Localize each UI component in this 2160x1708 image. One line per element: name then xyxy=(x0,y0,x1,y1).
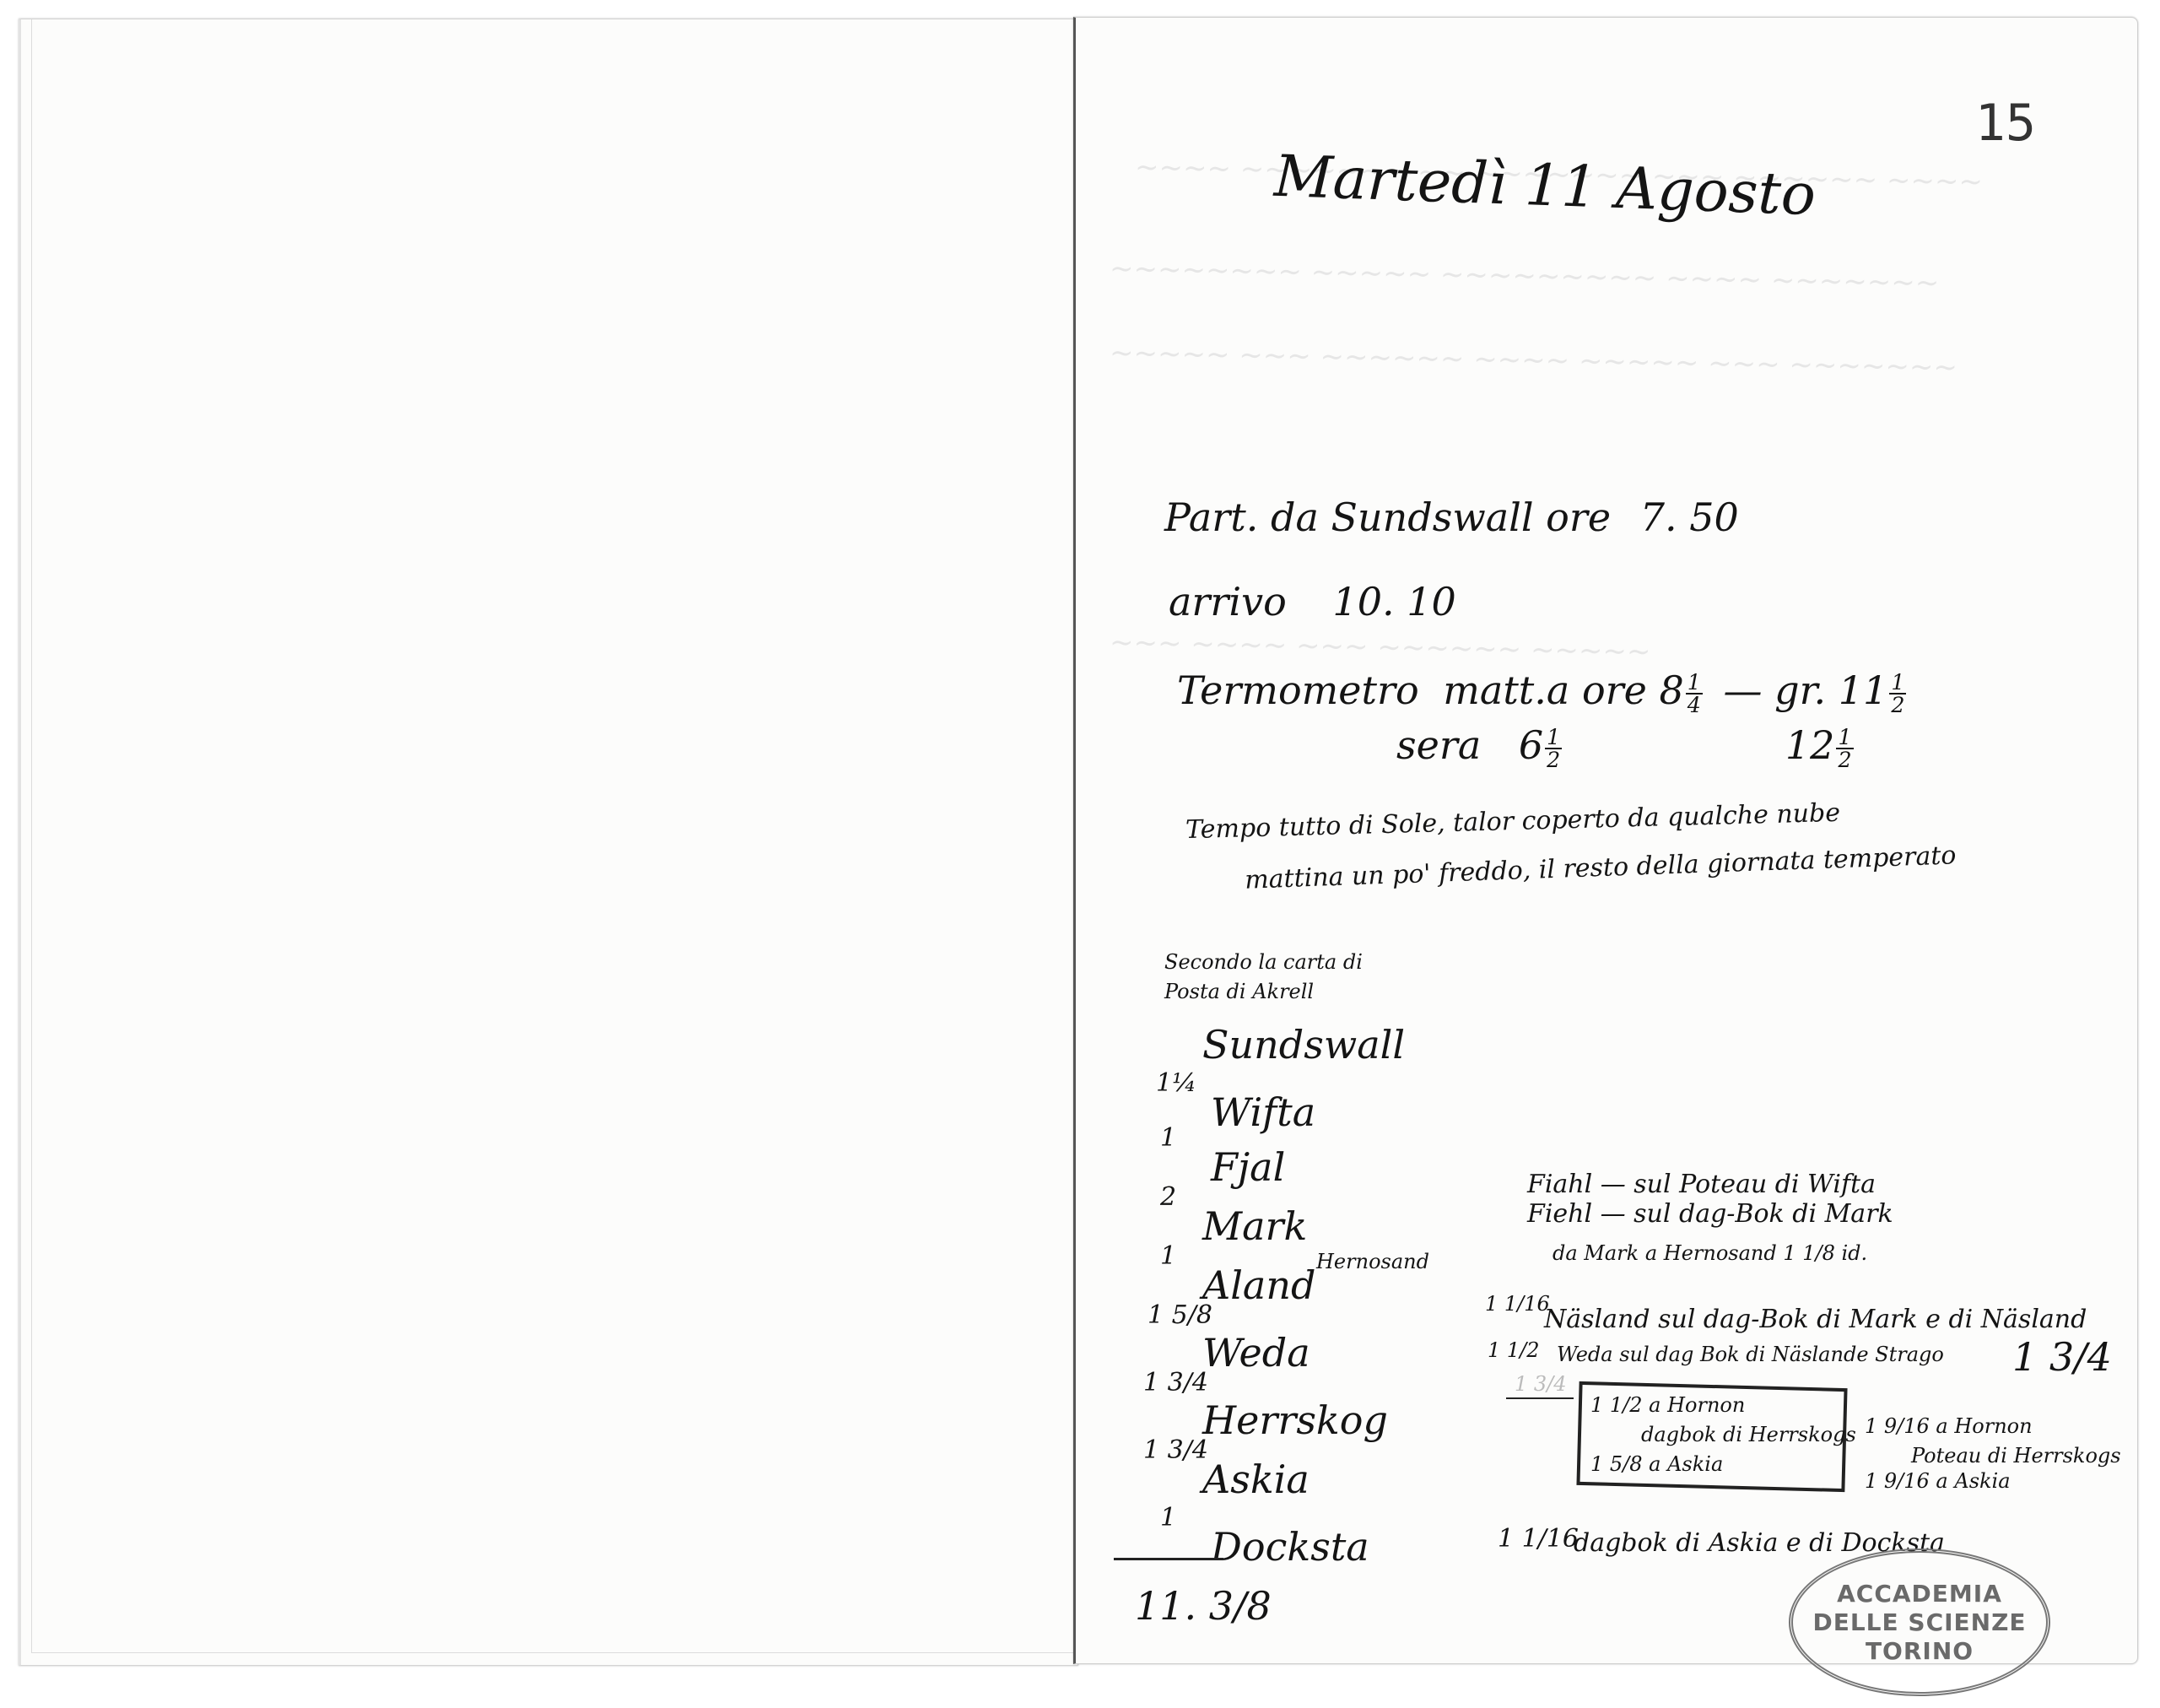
route-distance: 1¼ xyxy=(1156,1068,1196,1098)
library-stamp: ACCADEMIA DELLE SCIENZE TORINO xyxy=(1789,1549,2050,1696)
bleed-through-text: ~~~~~ ~~~ ~~~~~~ ~~~~ ~~~~~ ~~~ ~~~~~~~ xyxy=(1110,331,1958,390)
page-number: 15 xyxy=(1975,94,2036,153)
stamp-line: DELLE SCIENZE xyxy=(1812,1608,2026,1637)
note-naesland-distance: 1 1/16 xyxy=(1485,1292,1550,1316)
box-line-1: 1 1/2 a Hornon xyxy=(1590,1393,1745,1417)
left-page-blank xyxy=(19,19,1078,1666)
note-naesland: Näsland sul dag-Bok di Mark e di Näsland xyxy=(1544,1305,2087,1334)
arrival-time: 10. 10 xyxy=(1332,579,1455,624)
stamp-line: ACCADEMIA xyxy=(1837,1580,2002,1608)
struck-rule xyxy=(1506,1397,1574,1399)
right-note-1: 1 9/16 a Hornon xyxy=(1865,1414,2033,1438)
right-page: ~~~~ ~~~~~~ ~~~ ~~~~~~~ ~~~ ~~~~~~ ~~~~ … xyxy=(1073,17,2138,1664)
route-place: Weda xyxy=(1202,1330,1310,1376)
route-total: 11. 3/8 xyxy=(1135,1583,1272,1629)
note-weda: Weda sul dag Bok di Näslande Strago xyxy=(1557,1343,1944,1366)
evening-hour: 6 xyxy=(1519,722,1543,768)
bleed-through-text: ~~~~~~~~ ~~~~~ ~~~~~~~~~ ~~~~ ~~~~~~~ xyxy=(1110,246,1940,305)
route-place: Docksta xyxy=(1211,1524,1369,1570)
box-line-3: 1 5/8 a Askia xyxy=(1590,1452,1723,1476)
route-place: Mark xyxy=(1202,1203,1307,1249)
route-distance: 1 3/4 xyxy=(1143,1435,1208,1465)
fraction: 12 xyxy=(1836,727,1853,771)
note-docksta-distance: 1 1/16 xyxy=(1498,1524,1579,1554)
route-distance: 1 xyxy=(1160,1503,1176,1532)
route-distance: 1 5/8 xyxy=(1147,1300,1212,1330)
morning-label: matt.a ore xyxy=(1443,668,1647,713)
route-place: Herrskog xyxy=(1202,1397,1388,1443)
thermometer-evening: sera 612 1212 xyxy=(1396,722,1854,770)
note-fiahl: Fiahl — sul Poteau di Wifta xyxy=(1527,1170,1876,1199)
note-weda-total: 1 3/4 xyxy=(2012,1334,2112,1380)
morning-temp: 11 xyxy=(1839,668,1888,713)
route-distance: 2 xyxy=(1160,1182,1176,1212)
thermometer-morning: Termometro matt.a ore 814 — gr. 1112 xyxy=(1177,668,1906,716)
route-place: Askia xyxy=(1202,1457,1309,1502)
route-place: Fjal xyxy=(1211,1144,1285,1190)
weather-line-1: Tempo tutto di Sole, talor coperto da qu… xyxy=(1185,798,1841,845)
departure-label: Part. da Sundswall ore xyxy=(1164,495,1611,540)
departure-line: Part. da Sundswall ore 7. 50 xyxy=(1164,495,1739,540)
source-note-2: Posta di Akrell xyxy=(1164,980,1314,1003)
fraction: 12 xyxy=(1545,727,1562,771)
stamp-line: TORINO xyxy=(1866,1637,1974,1666)
fraction: 12 xyxy=(1889,672,1906,716)
route-distance: 1 3/4 xyxy=(1143,1368,1208,1397)
left-page-frame xyxy=(31,19,1077,1653)
route-place: Aland xyxy=(1202,1262,1315,1308)
note-struck-distance: 1 3/4 xyxy=(1515,1372,1567,1396)
departure-time: 7. 50 xyxy=(1640,495,1739,540)
right-note-3: 1 9/16 a Askia xyxy=(1865,1469,2011,1493)
evening-temp: 12 xyxy=(1785,722,1835,768)
route-place: Wifta xyxy=(1211,1089,1315,1135)
fraction: 14 xyxy=(1686,672,1703,716)
box-line-2: dagbok di Herrskogs xyxy=(1641,1423,1856,1446)
sum-rule xyxy=(1114,1558,1223,1560)
morning-hour: 8 xyxy=(1660,668,1684,713)
route-superscript: Hernosand xyxy=(1316,1250,1429,1273)
arrival-line: arrivo 10. 10 xyxy=(1169,579,1456,624)
bleed-through-text: ~~~ ~~~~ ~~~ ~~~~~~ ~~~~~ xyxy=(1110,620,1651,673)
weather-line-2: mattina un po' freddo, il resto della gi… xyxy=(1245,840,1957,895)
route-distance: 1 xyxy=(1160,1241,1176,1271)
note-weda-distance: 1 1/2 xyxy=(1488,1338,1540,1362)
thermometer-label: Termometro xyxy=(1177,668,1419,713)
evening-label: sera xyxy=(1396,722,1481,768)
arrival-label: arrivo xyxy=(1169,579,1287,624)
right-note-2: Poteau di Herrskogs xyxy=(1911,1444,2121,1467)
route-distance: 1 xyxy=(1160,1123,1176,1153)
source-note-1: Secondo la carta di xyxy=(1164,950,1363,974)
route-place: Sundswall xyxy=(1202,1022,1405,1067)
note-fiehl: Fiehl — sul dag-Bok di Mark xyxy=(1527,1199,1893,1229)
note-mark-hernosand: da Mark a Hernosand 1 1/8 id. xyxy=(1552,1241,1867,1265)
degrees-sep: — gr. xyxy=(1724,668,1827,713)
